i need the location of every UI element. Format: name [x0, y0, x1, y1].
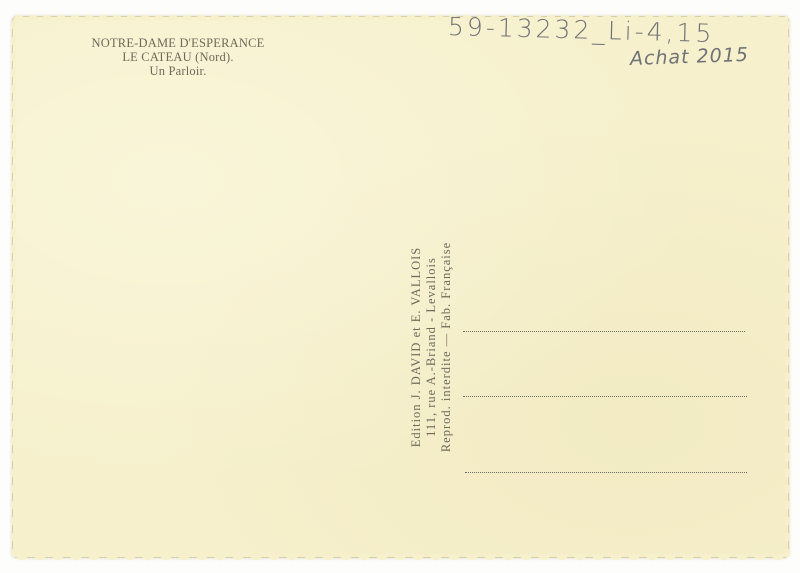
publisher-imprint: Edition J. DAVID et E. VALLOIS 111, rue … [409, 207, 454, 487]
publisher-address: 111, rue A.-Briand - Levallois [424, 207, 439, 487]
address-line-1 [463, 331, 745, 332]
publisher-rights: Reprod. interdite — Fab. Française [439, 207, 454, 487]
caption-title: NOTRE-DAME D'ESPERANCE [66, 36, 290, 50]
caption-location: LE CATEAU (Nord). [66, 50, 290, 64]
caption-subject: Un Parloir. [66, 64, 290, 78]
deckled-edge-left [10, 17, 16, 557]
deckled-edge-bottom [13, 554, 788, 561]
postcard-back [13, 17, 788, 557]
postcard-caption: NOTRE-DAME D'ESPERANCE LE CATEAU (Nord).… [66, 36, 290, 78]
address-line-2 [463, 396, 747, 397]
scan-background: NOTRE-DAME D'ESPERANCE LE CATEAU (Nord).… [0, 0, 800, 573]
publisher-name: Edition J. DAVID et E. VALLOIS [409, 207, 424, 487]
handwritten-acquisition-note: Achat 2015 [630, 44, 750, 70]
address-line-3 [465, 472, 747, 473]
deckled-edge-right [785, 17, 791, 557]
